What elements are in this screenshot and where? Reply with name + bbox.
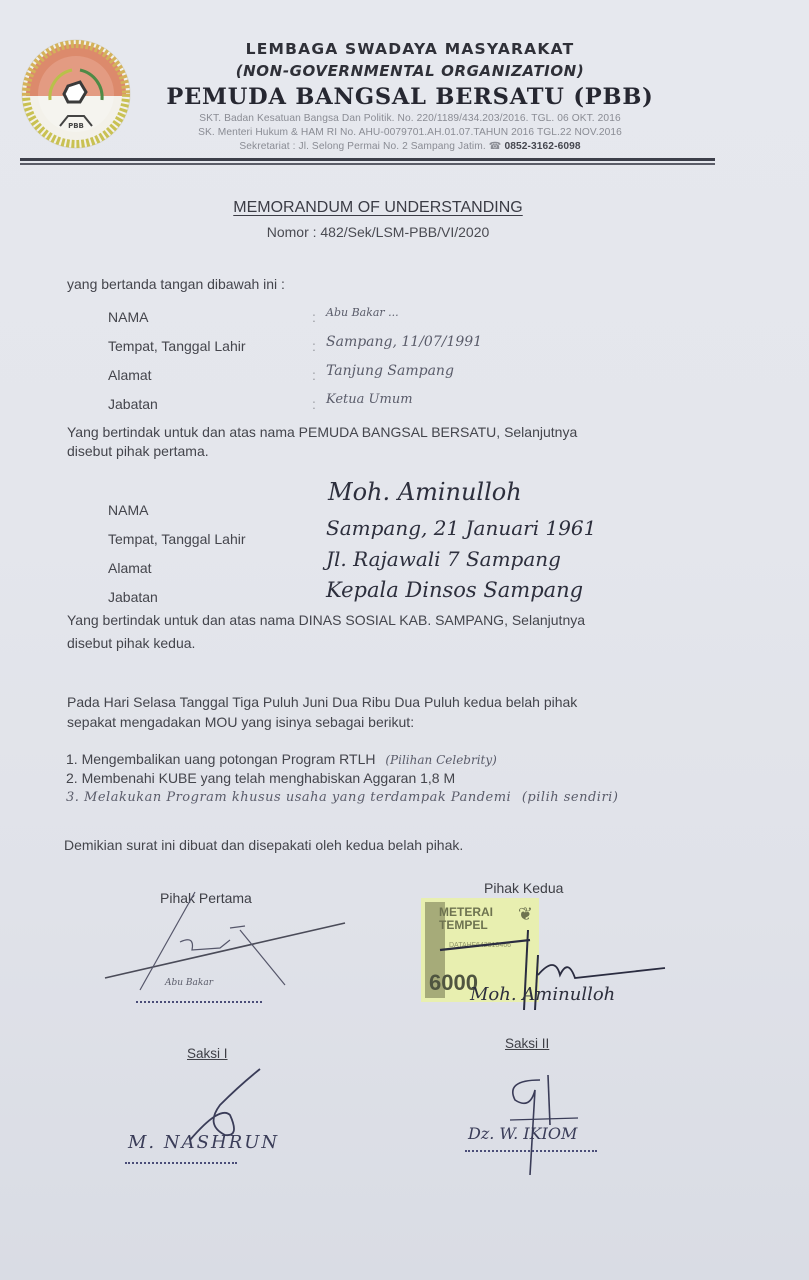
party-one-printed-name: Abu Bakar	[165, 978, 213, 988]
item-handwritten-note: (Pilihan Celebrity)	[385, 753, 496, 767]
document-number: Nomor : 482/Sek/LSM-PBB/VI/2020	[0, 224, 756, 240]
party-one-address-handwritten: Tanjung Sampang	[326, 363, 454, 379]
letterhead-divider	[20, 158, 715, 161]
field-colon: :	[312, 338, 316, 354]
field-colon: :	[312, 396, 316, 412]
field-label: NAMA	[108, 309, 148, 325]
registration-line-2: SK. Menteri Hukum & HAM RI No. AHU-00797…	[150, 127, 670, 138]
witness-two-name: Dz. W. IKIOM	[468, 1124, 577, 1143]
document-title: MEMORANDUM OF UNDERSTANDING	[0, 199, 756, 217]
intro-text: yang bertanda tangan dibawah ini :	[67, 276, 285, 292]
address-text: Sekretariat : Jl. Selong Permai No. 2 Sa…	[239, 141, 485, 152]
party-two-statement-cont: disebut pihak kedua.	[67, 635, 195, 651]
field-label: Tempat, Tanggal Lahir	[108, 531, 246, 547]
party-one-signature-line	[136, 998, 262, 1003]
phone-number: 0852-3162-6098	[504, 141, 580, 152]
agreement-item-handwritten: 3. Melakukan Program khusus usaha yang t…	[66, 790, 618, 805]
witness-two-signature-line	[465, 1147, 597, 1152]
party-one-birth-handwritten: Sampang, 11/07/1991	[326, 334, 482, 350]
party-one-signature	[100, 890, 360, 1010]
agreement-item: 2. Membenahi KUBE yang telah menghabiska…	[66, 770, 455, 786]
witness-one-name: M. NASHRUN	[128, 1132, 279, 1153]
item-text: 2. Membenahi KUBE yang telah menghabiska…	[66, 770, 455, 786]
witness-two-label: Saksi II	[505, 1036, 549, 1051]
witness-one-label: Saksi I	[187, 1046, 228, 1061]
org-type-heading: LEMBAGA SWADAYA MASYARAKAT	[150, 40, 670, 58]
agreement-text: Pada Hari Selasa Tanggal Tiga Puluh Juni…	[67, 694, 577, 710]
field-label: Jabatan	[108, 589, 158, 605]
party-one-statement-cont: disebut pihak pertama.	[67, 443, 209, 459]
party-one-statement: Yang bertindak untuk dan atas nama PEMUD…	[67, 424, 577, 440]
party-two-position-handwritten: Kepala Dinsos Sampang	[326, 578, 583, 602]
party-two-statement: Yang bertindak untuk dan atas nama DINAS…	[67, 612, 585, 628]
party-two-name-handwritten: Moh. Aminulloh	[328, 478, 522, 506]
organization-logo: PBB	[20, 38, 132, 150]
field-label: Alamat	[108, 560, 152, 576]
item-text: 3. Melakukan Program khusus usaha yang t…	[66, 790, 511, 805]
address-line: Sekretariat : Jl. Selong Permai No. 2 Sa…	[150, 141, 670, 152]
party-two-birth-handwritten: Sampang, 21 Januari 1961	[326, 516, 596, 540]
field-colon: :	[312, 367, 316, 383]
field-label: Tempat, Tanggal Lahir	[108, 338, 246, 354]
party-one-name-handwritten: Abu Bakar ...	[326, 306, 399, 319]
org-name-heading: PEMUDA BANGSAL BERSATU (PBB)	[150, 84, 670, 110]
agreement-text-cont: sepakat mengadakan MOU yang isinya sebag…	[67, 714, 414, 730]
field-label: Jabatan	[108, 396, 158, 412]
party-one-position-handwritten: Ketua Umum	[326, 392, 413, 407]
svg-text:PBB: PBB	[68, 122, 84, 130]
phone-icon: ☎	[489, 141, 502, 152]
registration-line-1: SKT. Badan Kesatuan Bangsa Dan Politik. …	[150, 113, 670, 124]
field-label: NAMA	[108, 502, 148, 518]
party-two-signature-label: Pihak Kedua	[484, 880, 563, 896]
item-handwritten-note: (pilih sendiri)	[522, 790, 619, 805]
witness-one-signature-line	[125, 1159, 237, 1164]
org-type-english: (NON-GOVERNMENTAL ORGANIZATION)	[150, 62, 670, 80]
item-text: 1. Mengembalikan uang potongan Program R…	[66, 751, 375, 767]
field-label: Alamat	[108, 367, 152, 383]
letterhead-divider-secondary	[20, 163, 715, 165]
field-colon: :	[312, 309, 316, 325]
party-two-address-handwritten: Jl. Rajawali 7 Sampang	[326, 547, 561, 571]
party-two-signed-name: Moh. Aminulloh	[470, 984, 615, 1005]
closing-text: Demikian surat ini dibuat dan disepakati…	[64, 837, 463, 853]
agreement-item: 1. Mengembalikan uang potongan Program R…	[66, 751, 497, 767]
